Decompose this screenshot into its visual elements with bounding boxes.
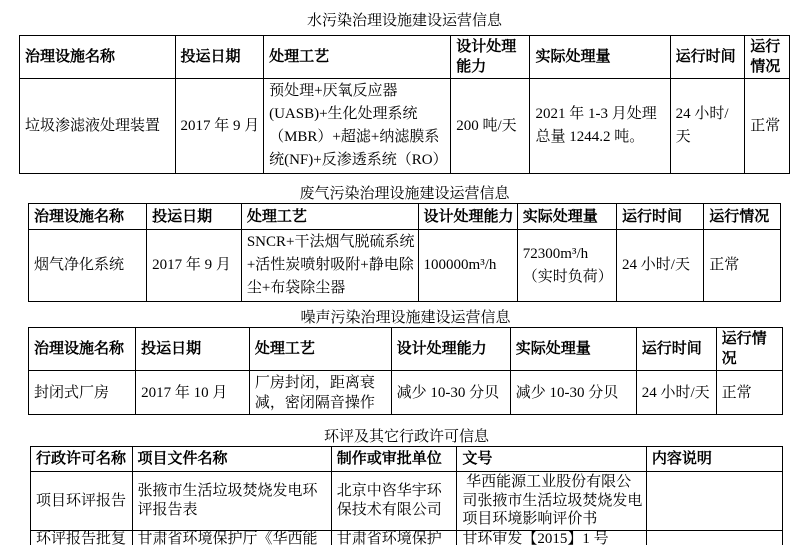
cell-approve-unit: 北京中咨华宇环保技术有限公司 [331,472,457,531]
header-facility-name: 治理设施名称 [20,36,176,79]
header-permit-name: 行政许可名称 [31,447,133,472]
header-operation-status: 运行情况 [704,204,781,230]
cell-commission-date: 2017 年 10 月 [136,371,250,415]
header-treatment-process: 处理工艺 [264,36,451,79]
cell-design-capacity: 减少 10-30 分贝 [391,371,510,415]
water-treatment-table: 治理设施名称 投运日期 处理工艺 设计处理能力 实际处理量 运行时间 运行情况 … [19,35,790,174]
table-row: 项目环评报告 张掖市生活垃圾焚烧发电环评报告表 北京中咨华宇环保技术有限公司 华… [31,472,783,531]
header-actual-throughput: 实际处理量 [530,36,670,79]
cell-permit-name: 环评报告批复 [31,530,133,545]
cell-approve-unit: 甘肃省环境保护 [331,530,457,545]
cell-operation-time: 24 小时/天 [670,79,745,174]
cell-actual-throughput: 减少 10-30 分贝 [510,371,636,415]
gas-table-title: 废气污染治理设施建设运营信息 [28,185,781,203]
header-design-capacity: 设计处理能力 [451,36,530,79]
cell-operation-status: 正常 [704,230,781,302]
header-operation-time: 运行时间 [617,204,704,230]
header-operation-time: 运行时间 [636,328,716,371]
header-commission-date: 投运日期 [175,36,264,79]
header-approve-unit: 制作或审批单位 [331,447,457,472]
header-facility-name: 治理设施名称 [29,204,147,230]
cell-operation-time: 24 小时/天 [617,230,704,302]
water-table-title: 水污染治理设施建设运营信息 [19,12,790,30]
header-operation-status: 运行情况 [745,36,790,79]
cell-operation-time: 24 小时/天 [636,371,716,415]
header-commission-date: 投运日期 [136,328,250,371]
document-page: 水污染治理设施建设运营信息 治理设施名称 投运日期 处理工艺 设计处理能力 实际… [0,12,800,545]
header-design-capacity: 设计处理能力 [391,328,510,371]
table-header-row: 行政许可名称 项目文件名称 制作或审批单位 文号 内容说明 [31,447,783,472]
cell-actual-throughput: 2021 年 1-3 月处理总量 1244.2 吨。 [530,79,670,174]
cell-treatment-process: SNCR+干法烟气脱硫系统+活性炭喷射吸附+静电除尘+布袋除尘器 [241,230,418,302]
table-header-row: 治理设施名称 投运日期 处理工艺 设计处理能力 实际处理量 运行时间 运行情况 [29,328,783,371]
cell-commission-date: 2017 年 9 月 [147,230,242,302]
cell-document-number: 华西能源工业股份有限公司张掖市生活垃圾焚烧发电项目环境影响评价书 [457,472,647,531]
cell-treatment-process: 预处理+厌氧反应器(UASB)+生化处理系统（MBR）+超滤+纳滤膜系统(NF)… [264,79,451,174]
table-row: 烟气净化系统 2017 年 9 月 SNCR+干法烟气脱硫系统+活性炭喷射吸附+… [29,230,781,302]
cell-facility-name: 封闭式厂房 [29,371,136,415]
eia-permit-table: 行政许可名称 项目文件名称 制作或审批单位 文号 内容说明 项目环评报告 张掖市… [30,446,783,545]
noise-table-title: 噪声污染治理设施建设运营信息 [28,309,783,327]
cell-document-number: 甘环审发【2015】1 号 [457,530,647,545]
noise-treatment-table: 治理设施名称 投运日期 处理工艺 设计处理能力 实际处理量 运行时间 运行情况 … [28,327,783,415]
table-row: 垃圾渗滤液处理装置 2017 年 9 月 预处理+厌氧反应器(UASB)+生化处… [20,79,790,174]
header-document-number: 文号 [457,447,647,472]
table-row-clipped: 环评报告批复 甘肃省环境保护厅《华西能 甘肃省环境保护 甘环审发【2015】1 … [31,530,783,545]
table-row: 封闭式厂房 2017 年 10 月 厂房封闭，距离衰减，密闭隔音操作 减少 10… [29,371,783,415]
cell-permit-name: 项目环评报告 [31,472,133,531]
cell-design-capacity: 200 吨/天 [451,79,530,174]
cell-treatment-process: 厂房封闭，距离衰减，密闭隔音操作 [249,371,391,415]
header-design-capacity: 设计处理能力 [418,204,517,230]
gas-treatment-section: 废气污染治理设施建设运营信息 治理设施名称 投运日期 处理工艺 设计处理能力 实… [28,185,781,302]
header-actual-throughput: 实际处理量 [517,204,616,230]
cell-commission-date: 2017 年 9 月 [175,79,264,174]
cell-operation-status: 正常 [716,371,782,415]
eia-table-title: 环评及其它行政许可信息 [30,428,783,446]
cell-actual-throughput: 72300m³/h（实时负荷） [517,230,616,302]
cell-document-name: 张掖市生活垃圾焚烧发电环评报告表 [132,472,331,531]
noise-treatment-section: 噪声污染治理设施建设运营信息 治理设施名称 投运日期 处理工艺 设计处理能力 实… [28,309,783,415]
table-header-row: 治理设施名称 投运日期 处理工艺 设计处理能力 实际处理量 运行时间 运行情况 [20,36,790,79]
header-treatment-process: 处理工艺 [249,328,391,371]
eia-permit-section: 环评及其它行政许可信息 行政许可名称 项目文件名称 制作或审批单位 文号 内容说… [30,428,783,545]
header-operation-status: 运行情况 [716,328,782,371]
header-treatment-process: 处理工艺 [241,204,418,230]
header-operation-time: 运行时间 [670,36,745,79]
header-facility-name: 治理设施名称 [29,328,136,371]
gas-treatment-table: 治理设施名称 投运日期 处理工艺 设计处理能力 实际处理量 运行时间 运行情况 … [28,203,781,302]
water-treatment-section: 水污染治理设施建设运营信息 治理设施名称 投运日期 处理工艺 设计处理能力 实际… [19,12,790,174]
cell-content-note [646,472,782,531]
header-document-name: 项目文件名称 [132,447,331,472]
cell-operation-status: 正常 [745,79,790,174]
header-content-note: 内容说明 [646,447,782,472]
header-actual-throughput: 实际处理量 [510,328,636,371]
header-commission-date: 投运日期 [147,204,242,230]
table-header-row: 治理设施名称 投运日期 处理工艺 设计处理能力 实际处理量 运行时间 运行情况 [29,204,781,230]
cell-design-capacity: 100000m³/h [418,230,517,302]
cell-facility-name: 烟气净化系统 [29,230,147,302]
cell-content-note [646,530,782,545]
cell-facility-name: 垃圾渗滤液处理装置 [20,79,176,174]
cell-document-name: 甘肃省环境保护厅《华西能 [132,530,331,545]
